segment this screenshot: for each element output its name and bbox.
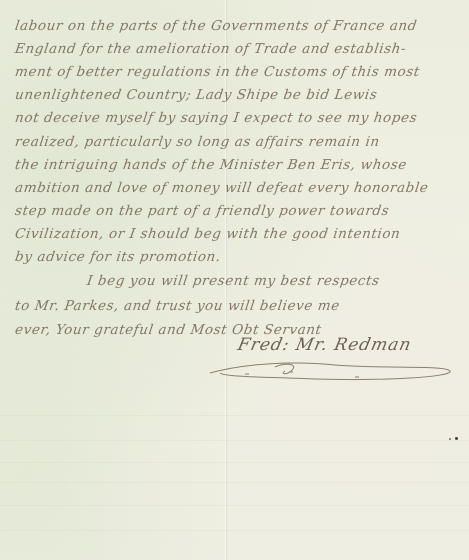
signature-flourish-icon (205, 355, 455, 385)
ink-blot (449, 438, 451, 440)
body-line: not deceive myself by saying I expect to… (14, 110, 418, 126)
body-line: England for the amelioration of Trade an… (14, 41, 407, 57)
bleed-through-line (0, 415, 469, 416)
closing-line: to Mr. Parkes, and trust you will believ… (14, 298, 341, 314)
ink-blot (455, 437, 458, 440)
body-line: ambition and love of money will defeat e… (14, 180, 430, 196)
body-line: by advice for its promotion. (14, 249, 222, 265)
letter-page: labour on the parts of the Governments o… (0, 0, 469, 560)
body-line: realized, particularly so long as affair… (14, 134, 381, 150)
body-line: step made on the part of a friendly powe… (14, 203, 390, 219)
body-line: unenlightened Country; Lady Shipe be bid… (14, 87, 378, 103)
bleed-through-line (0, 462, 469, 463)
closing-line: I beg you will present my best respects (86, 273, 381, 289)
bleed-through-line (0, 530, 469, 531)
body-line: labour on the parts of the Governments o… (14, 18, 418, 34)
body-line: ment of better regulations in the Custom… (14, 64, 421, 80)
body-line: Civilization, or I should beg with the g… (14, 226, 402, 242)
body-line: the intriguing hands of the Minister Ben… (14, 157, 408, 173)
bleed-through-line (0, 482, 469, 483)
bleed-through-line (0, 505, 469, 506)
signature: Fred: Mr. Redman (236, 335, 414, 355)
bleed-through-line (0, 440, 469, 441)
